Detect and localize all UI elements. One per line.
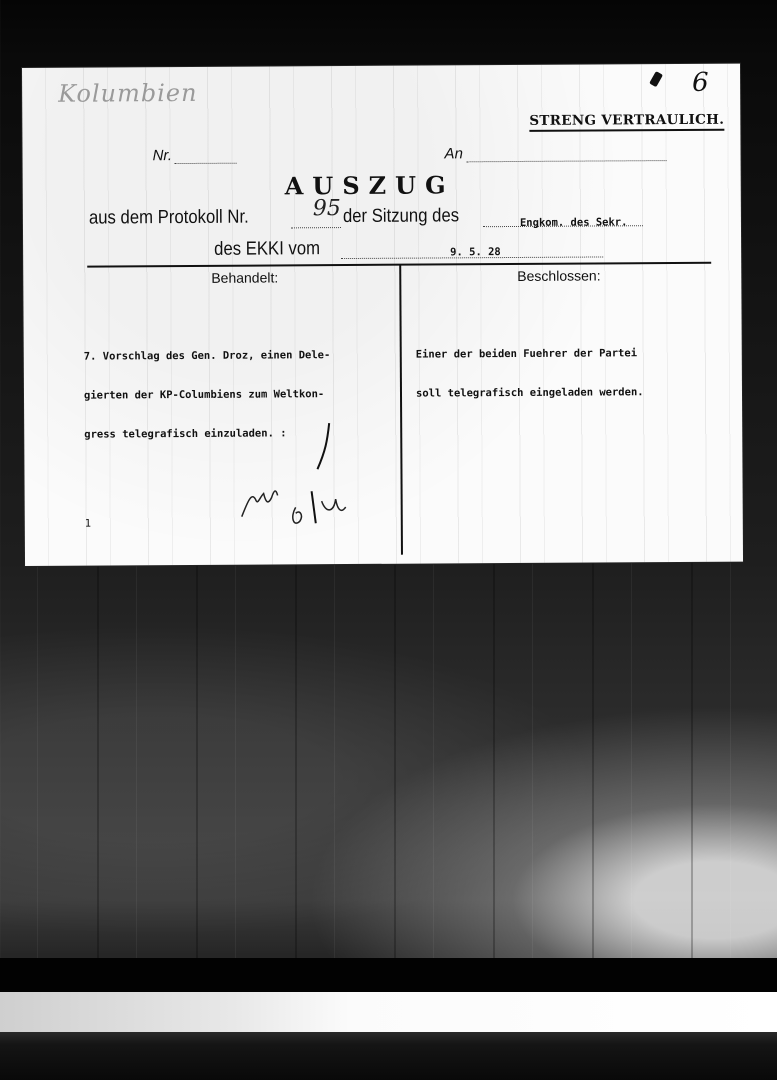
classification-label: STRENG VERTRAULICH. [529, 112, 724, 132]
typed-date: 9. 5. 28 [450, 246, 501, 259]
scan-bottom-band [0, 1032, 777, 1080]
protocol-line-middle: der Sitzung des [343, 205, 459, 228]
beschlossen-text: Einer der beiden Fuehrer der Partei soll… [416, 321, 644, 426]
beschlossen-line: soll telegrafisch eingeladen werden. [416, 386, 644, 400]
form-card: Kolumbien 6 STRENG VERTRAULICH. Nr. An A… [22, 64, 743, 566]
an-field-line [467, 159, 667, 162]
handwritten-annotation-strokes [229, 421, 370, 532]
typed-session-name: Engkom. des Sekr. [520, 216, 628, 230]
protocol-line-prefix: aus dem Protokoll Nr. [89, 207, 249, 230]
ink-mark [649, 71, 663, 87]
behandelt-header: Behandelt: [211, 269, 278, 285]
beschlossen-line: Einer der beiden Fuehrer der Partei [416, 347, 644, 361]
beschlossen-header: Beschlossen: [517, 267, 600, 284]
behandelt-line: gierten der KP-Columbiens zum Weltkon- [84, 388, 331, 403]
handwritten-protocol-number: 95 [313, 196, 341, 221]
document-title: AUSZUG [285, 170, 455, 200]
column-divider [399, 265, 403, 555]
nr-field-line [175, 162, 237, 164]
handwritten-page-number: 6 [692, 68, 709, 98]
scan-dark-band [0, 958, 777, 994]
date-line-prefix: des EKKI vom [214, 238, 320, 261]
margin-mark: 1 [85, 518, 91, 531]
an-field-label: An [444, 145, 462, 162]
nr-field-label: Nr. [152, 147, 172, 164]
handwritten-country-note: Kolumbien [58, 79, 197, 108]
scan-background-streaks [0, 560, 777, 960]
scan-light-band [0, 992, 777, 1032]
behandelt-line: 7. Vorschlag des Gen. Droz, einen Dele- [84, 349, 331, 364]
protocol-number-line [291, 226, 341, 228]
